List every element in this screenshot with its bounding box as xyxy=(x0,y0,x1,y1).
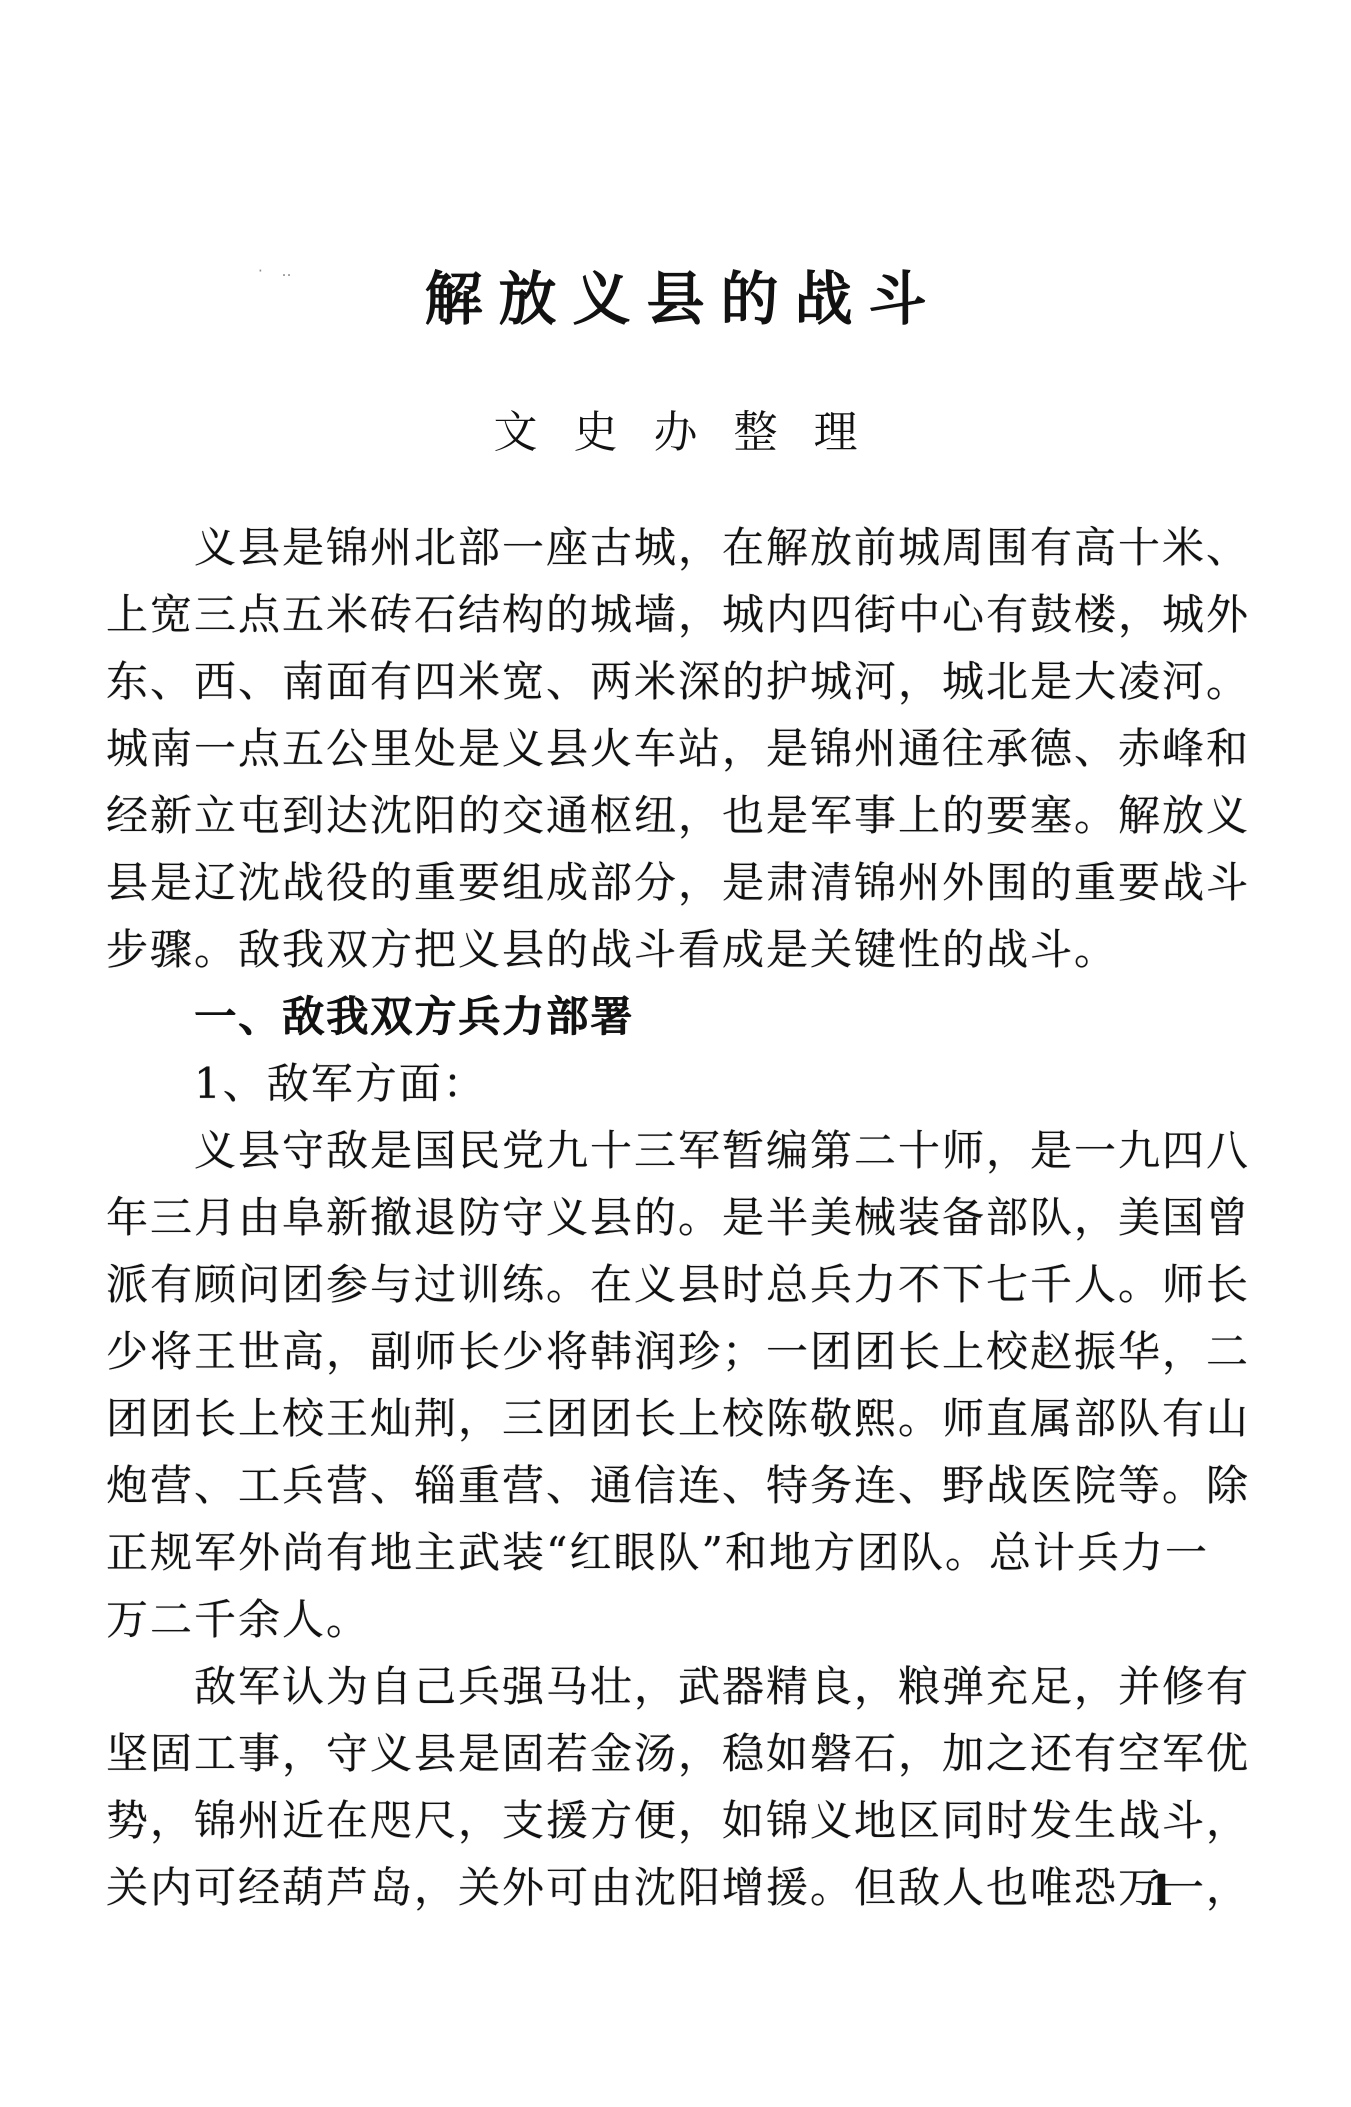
section-heading: 一、敌我双方兵力部署 xyxy=(106,983,1271,1050)
text-line: 年三月由阜新撤退防守义县的。是半美械装备部队，美国曾 xyxy=(106,1184,1271,1251)
text-line: 义县是锦州北部一座古城，在解放前城周围有高十米、 xyxy=(106,514,1271,581)
text-line: 义县守敌是国民党九十三军暂编第二十师，是一九四八 xyxy=(106,1117,1271,1184)
text-line: 城南一点五公里处是义县火车站，是锦州通往承德、赤峰和 xyxy=(106,715,1271,782)
text-line: 团团长上校王灿荆，三团团长上校陈敬熙。师直属部队有山 xyxy=(106,1385,1271,1452)
text-line: 关内可经葫芦岛，关外可由沈阳增援。但敌人也唯恐万一， xyxy=(106,1854,1271,1921)
text-line: 万二千余人。 xyxy=(106,1586,1271,1653)
text-line: 上宽三点五米砖石结构的城墙，城内四街中心有鼓楼，城外 xyxy=(106,581,1271,648)
text-line: 正规军外尚有地主武装“红眼队”和地方团队。总计兵力一 xyxy=(106,1519,1271,1586)
text-line: 派有顾问团参与过训练。在义县时总兵力不下七千人。师长 xyxy=(106,1251,1271,1318)
text-line: 坚固工事，守义县是固若金汤，稳如磐石，加之还有空军优 xyxy=(106,1720,1271,1787)
text-line: 炮营、工兵营、辎重营、通信连、特务连、野战医院等。除 xyxy=(106,1452,1271,1519)
text-line: 经新立屯到达沈阳的交通枢纽，也是军事上的要塞。解放义 xyxy=(106,782,1271,849)
text-line: 东、西、南面有四米宽、两米深的护城河，城北是大凌河。 xyxy=(106,648,1271,715)
page-number: 1 xyxy=(1146,1866,1175,1915)
page-title: 解放义县的战斗 xyxy=(0,252,1351,336)
byline: 文史办整理 xyxy=(0,396,1351,460)
body-text: 义县是锦州北部一座古城，在解放前城周围有高十米、 上宽三点五米砖石结构的城墙，城… xyxy=(106,514,1271,1921)
text-line: 县是辽沈战役的重要组成部分，是肃清锦州外围的重要战斗 xyxy=(106,849,1271,916)
text-line: 步骤。敌我双方把义县的战斗看成是关键性的战斗。 xyxy=(106,916,1271,983)
text-line: 势，锦州近在咫尺，支援方便，如锦义地区同时发生战斗， xyxy=(106,1787,1271,1854)
scanned-document-page: · ‥ 解放义县的战斗 文史办整理 义县是锦州北部一座古城，在解放前城周围有高十… xyxy=(0,0,1351,2107)
subsection-heading: 1、敌军方面： xyxy=(106,1050,1271,1117)
text-line: 敌军认为自己兵强马壮，武器精良，粮弹充足，并修有 xyxy=(106,1653,1271,1720)
text-line: 少将王世高，副师长少将韩润珍；一团团长上校赵振华，二 xyxy=(106,1318,1271,1385)
